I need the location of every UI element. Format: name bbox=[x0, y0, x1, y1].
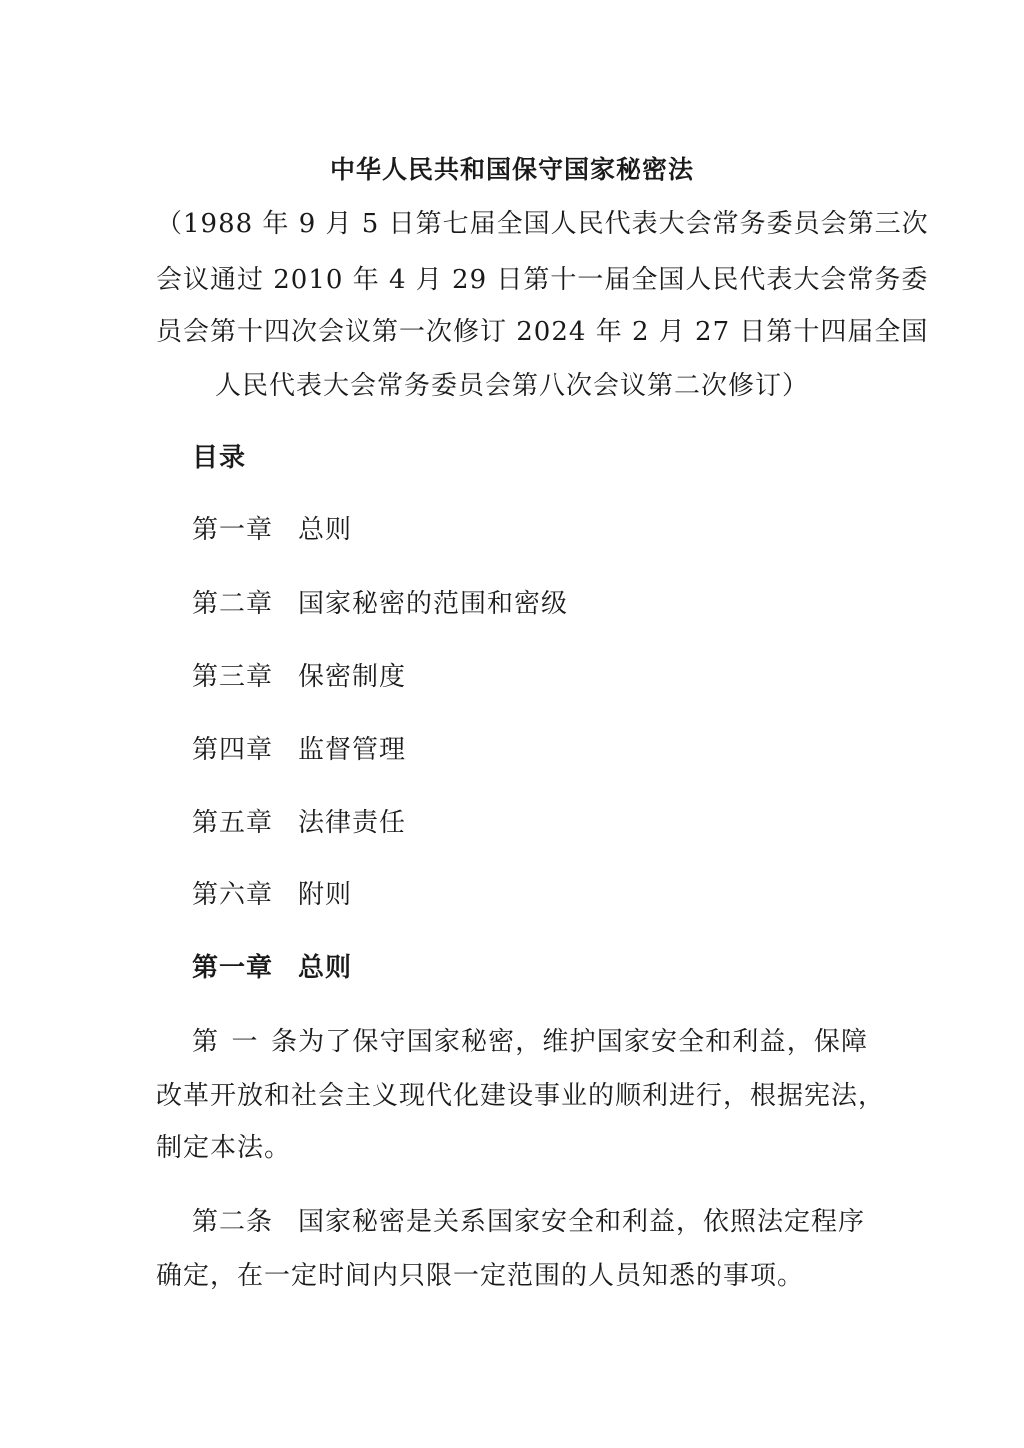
toc-chapter-number: 第二章 bbox=[192, 586, 298, 622]
article-label: 第二条 bbox=[192, 1204, 298, 1240]
history-line-1: （1988 年 9 月 5 日第七届全国人民代表大会常务委员会第三次 bbox=[156, 206, 868, 242]
toc-item[interactable]: 第六章附则 bbox=[192, 877, 352, 913]
toc-chapter-name: 附则 bbox=[298, 880, 352, 910]
document-page: 中华人民共和国保守国家秘密法 （1988 年 9 月 5 日第七届全国人民代表大… bbox=[0, 0, 1024, 1448]
document-title: 中华人民共和国保守国家秘密法 bbox=[0, 152, 1024, 188]
toc-chapter-name: 保密制度 bbox=[298, 662, 406, 692]
article-1-line-1: 第一条为了保守国家秘密，维护国家安全和利益，保障 bbox=[192, 1024, 868, 1060]
toc-item[interactable]: 第二章国家秘密的范围和密级 bbox=[192, 586, 568, 622]
article-2-line-2: 确定，在一定时间内只限一定范围的人员知悉的事项。 bbox=[156, 1258, 804, 1294]
toc-item[interactable]: 第三章保密制度 bbox=[192, 659, 406, 695]
article-label: 第一条 bbox=[192, 1024, 298, 1060]
history-line-3: 员会第十四次会议第一次修订 2024 年 2 月 27 日第十四届全国 bbox=[156, 314, 868, 350]
toc-chapter-number: 第六章 bbox=[192, 877, 298, 913]
chapter-name: 总则 bbox=[298, 953, 352, 983]
article-1-line-2: 改革开放和社会主义现代化建设事业的顺利进行，根据宪法， bbox=[156, 1078, 868, 1114]
toc-chapter-number: 第四章 bbox=[192, 732, 298, 768]
article-1-line-3: 制定本法。 bbox=[156, 1130, 291, 1166]
toc-chapter-name: 国家秘密的范围和密级 bbox=[298, 589, 568, 619]
toc-chapter-number: 第五章 bbox=[192, 805, 298, 841]
toc-chapter-name: 法律责任 bbox=[298, 808, 406, 838]
toc-chapter-number: 第三章 bbox=[192, 659, 298, 695]
history-line-2: 会议通过 2010 年 4 月 29 日第十一届全国人民代表大会常务委 bbox=[156, 262, 868, 298]
toc-item[interactable]: 第五章法律责任 bbox=[192, 805, 406, 841]
article-text: 为了保守国家秘密，维护国家安全和利益，保障 bbox=[298, 1027, 868, 1057]
toc-chapter-name: 总则 bbox=[298, 515, 352, 545]
history-line-4: 人民代表大会常务委员会第八次会议第二次修订） bbox=[0, 368, 1024, 404]
article-2-line-1: 第二条国家秘密是关系国家安全和利益，依照法定程序 bbox=[192, 1204, 868, 1240]
toc-item[interactable]: 第四章监督管理 bbox=[192, 732, 406, 768]
chapter-heading: 第一章总则 bbox=[192, 950, 352, 986]
toc-item[interactable]: 第一章总则 bbox=[192, 512, 352, 548]
article-text: 国家秘密是关系国家安全和利益，依照法定程序 bbox=[298, 1207, 865, 1237]
chapter-number: 第一章 bbox=[192, 950, 298, 986]
toc-chapter-name: 监督管理 bbox=[298, 735, 406, 765]
toc-chapter-number: 第一章 bbox=[192, 512, 298, 548]
toc-heading: 目录 bbox=[192, 440, 246, 476]
